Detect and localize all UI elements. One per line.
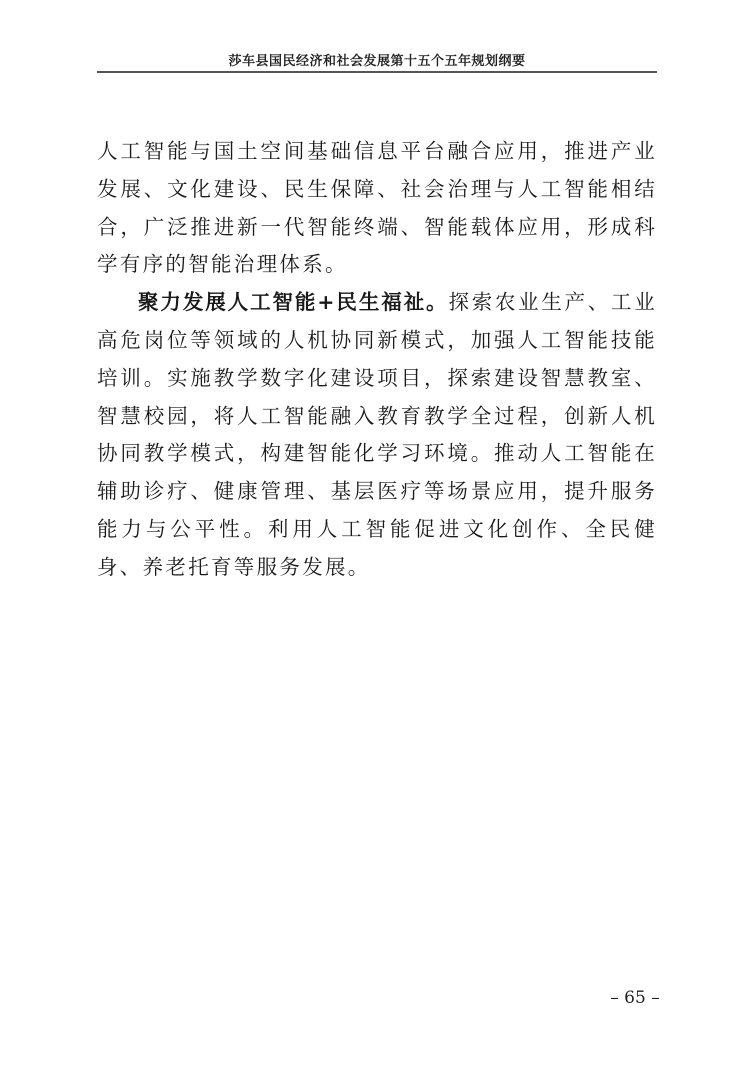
paragraph-continuation: 人工智能与国土空间基础信息平台融合应用，推进产业发展、文化建设、民生保障、社会治… <box>97 133 657 284</box>
paragraph-lead-heading: 聚力发展人工智能+民生福祉。 <box>138 290 448 314</box>
paragraph-text: 人工智能与国土空间基础信息平台融合应用，推进产业发展、文化建设、民生保障、社会治… <box>97 139 657 276</box>
page-number: – 65 – <box>600 988 670 1008</box>
document-body: 人工智能与国土空间基础信息平台融合应用，推进产业发展、文化建设、民生保障、社会治… <box>97 133 657 587</box>
paragraph-text: 探索农业生产、工业高危岗位等领域的人机协同新模式，加强人工智能技能培训。实施教学… <box>97 290 657 579</box>
paragraph-ai-livelihood: 聚力发展人工智能+民生福祉。探索农业生产、工业高危岗位等领域的人机协同新模式，加… <box>97 284 657 586</box>
running-header-title: 莎车县国民经济和社会发展第十五个五年规划纲要 <box>97 50 657 69</box>
header-divider <box>97 71 657 73</box>
